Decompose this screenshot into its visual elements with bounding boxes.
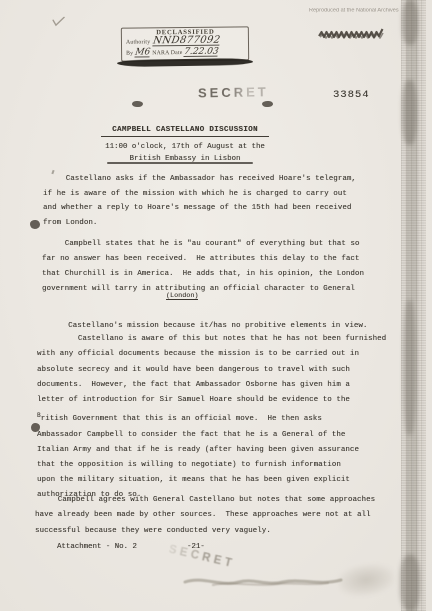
declassified-stamp: DECLASSIFIED Authority NND877092 By M6 N… (121, 26, 249, 61)
secret-stamp-top: SECRET (198, 84, 269, 101)
paragraph-3-part2: ritish Government that this is an offici… (37, 415, 359, 499)
by-label: By (126, 48, 133, 59)
document-subtitle-line1: 11:00 o'clock, 17th of August at the (96, 141, 274, 153)
ink-smudge-bar (117, 58, 253, 67)
by-value-handwritten: M6 (135, 48, 151, 57)
pencil-smudge (336, 561, 396, 599)
document-title: CAMPBELL CASTELLANO DISCUSSION (101, 126, 269, 137)
paragraph-4: Campbell agrees with General Castellano … (35, 493, 387, 539)
nara-date-label: NARA Date (152, 48, 182, 59)
scanned-document-page: Reproduced at the National Archives DECL… (0, 0, 432, 611)
paragraph-1: Castellano asks if the Ambassador has re… (43, 172, 395, 230)
ink-blot-margin (31, 423, 40, 432)
scan-edge-shadow (403, 300, 416, 435)
checkmark-pencil-mark (51, 15, 65, 28)
paragraph-3-part1: Castellano is aware of this but notes th… (37, 335, 386, 404)
ink-blot (262, 101, 273, 107)
document-number: 33854 (333, 89, 370, 101)
attachment-note: Attachment - No. 2 (57, 543, 137, 551)
heading-rule (107, 162, 253, 164)
scan-edge-shadow (402, 80, 417, 145)
ink-blot (132, 101, 143, 107)
document-heading: CAMPBELL CASTELLANO DISCUSSION 11:00 o'c… (96, 118, 274, 165)
ink-blot-margin (30, 220, 40, 229)
scan-edge-shadow (402, 0, 418, 45)
paragraph-2: Campbell states that he is "au courant" … (42, 237, 394, 297)
nara-date-value-handwritten: 7.22.03 (184, 47, 220, 56)
authority-value-handwritten: NND877092 (153, 36, 222, 46)
scan-edge-shadow (400, 555, 420, 611)
paragraph-3: Castellano is aware of this but notes th… (37, 317, 389, 519)
interline-insertion-london: (London) (166, 292, 198, 301)
ink-scribble-mark (318, 27, 398, 41)
archives-reproduction-note: Reproduced at the National Archives (309, 8, 399, 14)
pencil-scribble (183, 573, 348, 591)
